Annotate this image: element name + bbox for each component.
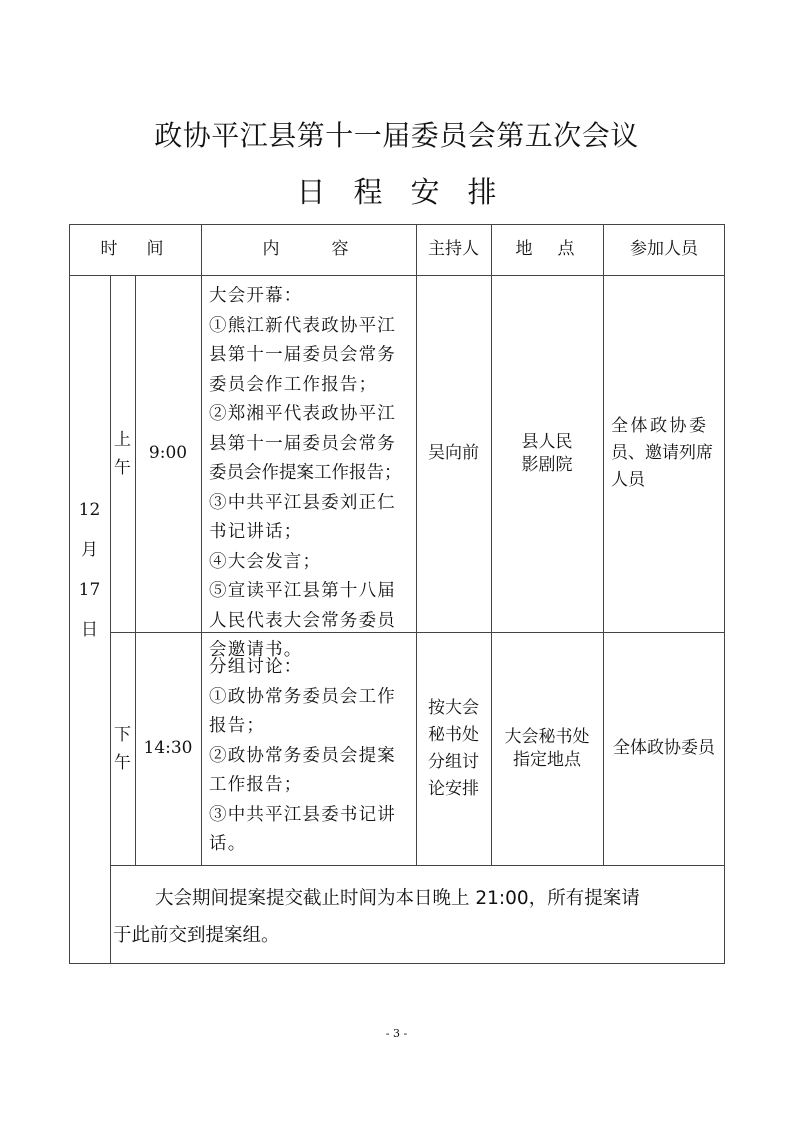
header-time: 时 间 bbox=[69, 224, 201, 275]
content-line: ②政协常务委员会提案 bbox=[209, 742, 414, 772]
location-line: 大会秘书处 bbox=[505, 726, 590, 749]
content-line: 工作报告； bbox=[209, 771, 414, 801]
session-attendees: 全体政协委 员、邀请列席 人员 bbox=[603, 275, 725, 632]
content-line: 话。 bbox=[209, 830, 414, 860]
period-char: 午 bbox=[114, 454, 131, 482]
header-attendees: 参加人员 bbox=[603, 224, 725, 275]
session-content: 分组讨论： ①政协常务委员会工作 报告； ②政协常务委员会提案 工作报告； ③中… bbox=[209, 653, 414, 860]
note-line: 于此前交到提案组。 bbox=[113, 917, 723, 954]
host-line: 论安排 bbox=[428, 776, 479, 803]
attendees-line: 员、邀请列席 bbox=[611, 440, 713, 467]
submission-note: 大会期间提案提交截止时间为本日晚上 21:00，所有提案请 于此前交到提案组。 bbox=[113, 880, 723, 954]
attendees-line: 全体政协委员 bbox=[613, 737, 715, 760]
period-afternoon: 下 午 bbox=[110, 632, 135, 865]
content-line: 县第十一届委员会常务 bbox=[209, 430, 414, 460]
attendees-line: 全体政协委 bbox=[611, 413, 709, 440]
note-line: 大会期间提案提交截止时间为本日晚上 21:00，所有提案请 bbox=[113, 880, 723, 917]
content-line: 人民代表大会常务委员 bbox=[209, 607, 414, 637]
location-line: 县人民 bbox=[522, 431, 573, 454]
content-line: ⑤宣读平江县第十八届 bbox=[209, 577, 414, 607]
period-morning: 上 午 bbox=[110, 275, 135, 632]
page-number: - 3 - bbox=[0, 1027, 793, 1040]
date-day-char: 日 bbox=[81, 616, 98, 644]
session-attendees: 全体政协委员 bbox=[603, 632, 725, 865]
host-line: 按大会 bbox=[428, 695, 479, 722]
session-content: 大会开幕： ①熊江新代表政协平江 县第十一届委员会常务 委员会作工作报告； ②郑… bbox=[209, 282, 414, 666]
document-title: 政协平江县第十一届委员会第五次会议 bbox=[0, 114, 793, 154]
header-host: 主持人 bbox=[416, 224, 491, 275]
session-host: 吴向前 bbox=[416, 275, 491, 632]
content-line: ④大会发言； bbox=[209, 548, 414, 578]
content-line: 报告； bbox=[209, 712, 414, 742]
period-char: 下 bbox=[114, 721, 131, 749]
content-line: ①政协常务委员会工作 bbox=[209, 683, 414, 713]
session-location: 大会秘书处 指定地点 bbox=[491, 632, 603, 865]
session-time: 9:00 bbox=[135, 275, 201, 632]
content-line: 书记讲话； bbox=[209, 518, 414, 548]
date-month-num: 12 bbox=[79, 496, 101, 524]
content-line: 委员会作工作报告； bbox=[209, 371, 414, 401]
header-location: 地 点 bbox=[491, 224, 603, 275]
attendees-line: 人员 bbox=[611, 467, 645, 494]
host-line: 秘书处 bbox=[428, 722, 479, 749]
location-line: 影剧院 bbox=[522, 454, 573, 477]
content-line: 分组讨论： bbox=[209, 653, 414, 683]
content-line: 委员会作提案工作报告； bbox=[209, 459, 414, 489]
period-char: 上 bbox=[114, 426, 131, 454]
date-day-num: 17 bbox=[79, 576, 101, 604]
time-col-divider bbox=[201, 224, 202, 865]
session-time: 14:30 bbox=[135, 632, 201, 865]
content-line: 县第十一届委员会常务 bbox=[209, 341, 414, 371]
location-line: 指定地点 bbox=[513, 749, 581, 772]
session-location: 县人民 影剧院 bbox=[491, 275, 603, 632]
period-char: 午 bbox=[114, 749, 131, 777]
content-line: 大会开幕： bbox=[209, 282, 414, 312]
session-host: 按大会 秘书处 分组讨 论安排 bbox=[416, 632, 491, 865]
header-content: 内 容 bbox=[201, 224, 416, 275]
note-divider bbox=[110, 865, 725, 866]
content-line: ③中共平江县委刘正仁 bbox=[209, 489, 414, 519]
date-month-char: 月 bbox=[81, 536, 98, 564]
content-line: ③中共平江县委书记讲 bbox=[209, 801, 414, 831]
content-line: ②郑湘平代表政协平江 bbox=[209, 400, 414, 430]
content-line: ①熊江新代表政协平江 bbox=[209, 312, 414, 342]
host-line: 分组讨 bbox=[428, 749, 479, 776]
date-cell: 12 月 17 日 bbox=[69, 275, 110, 865]
document-subtitle: 日程安排 bbox=[0, 170, 793, 211]
